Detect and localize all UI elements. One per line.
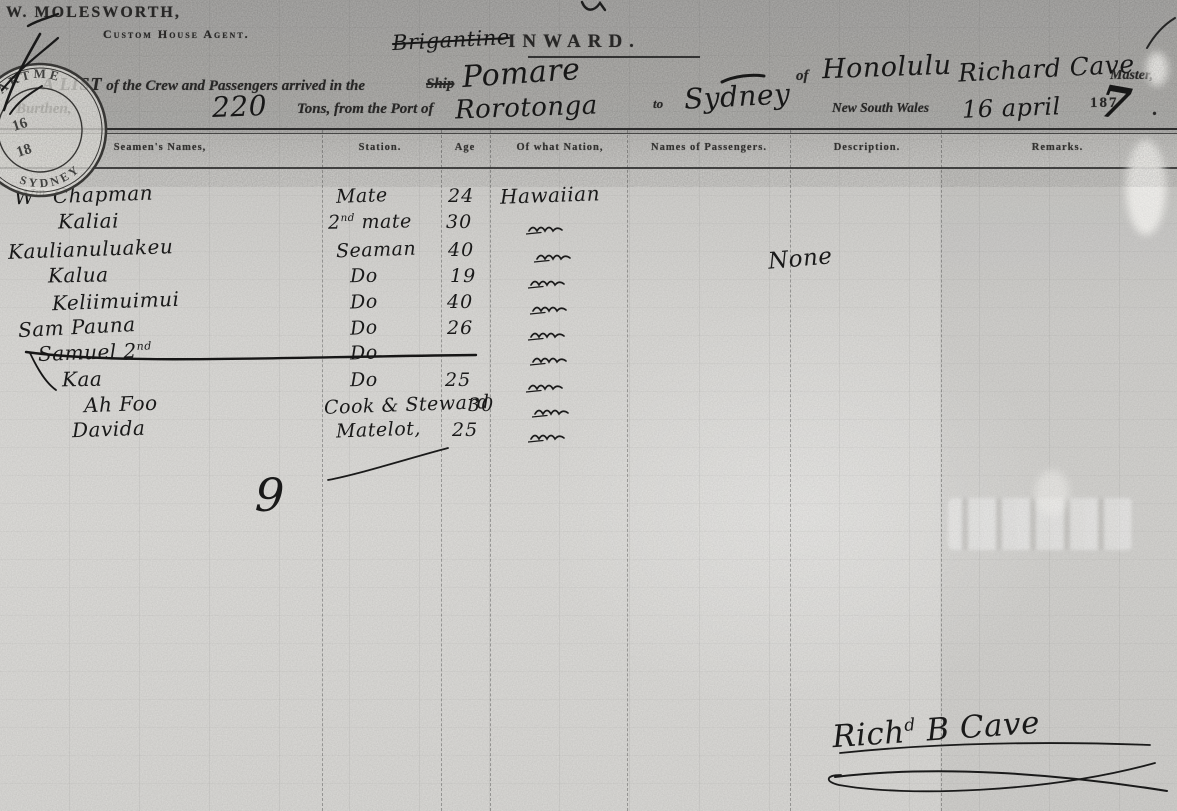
ditto-mark [530, 348, 582, 372]
colony-label: New South Wales [832, 100, 929, 116]
ditto-mark [526, 217, 578, 241]
ditto-mark [526, 375, 578, 399]
destination-port: Sydney [683, 77, 791, 116]
period-mark: . [1152, 98, 1157, 121]
column-divider-line [627, 130, 628, 811]
white-smudge-watermark-area [1035, 470, 1069, 516]
ditto-mark [528, 425, 580, 449]
col-header-description: Description. [795, 142, 939, 153]
to-word: to [653, 96, 663, 112]
arrival-date: 16 april [962, 92, 1062, 123]
paper-light-area [540, 300, 1060, 720]
crew-station: Matelot, [336, 418, 422, 443]
ditto-mark [532, 400, 584, 424]
column-divider-line [941, 130, 942, 811]
inward-heading: INWARD. [508, 31, 641, 53]
signature-flourish [815, 735, 1175, 805]
col-header-remarks: Remarks. [985, 142, 1130, 153]
year-handwritten-digit: 7 [1096, 76, 1136, 132]
col-header-passengers: Names of Passengers. [630, 142, 788, 153]
ditto-mark [528, 271, 580, 295]
embossed-watermark [948, 498, 1133, 550]
col-header-nation: Of what Nation, [495, 142, 625, 153]
ditto-mark [528, 323, 580, 347]
column-divider-line [790, 130, 791, 811]
ditto-mark [534, 245, 586, 269]
topright-ink-flourish [1145, 12, 1177, 52]
crew-count-note: 9 [254, 467, 286, 522]
ditto-mark [530, 297, 582, 321]
matelot-flourish [320, 440, 460, 485]
top-edge-ink-mark [578, 0, 608, 16]
crew-age: 25 [452, 419, 478, 441]
passengers-entry: None [767, 243, 833, 275]
white-smudge-right-edge [1126, 140, 1166, 235]
crew-name: Davida [72, 416, 146, 443]
crew-nation: Hawaiian [500, 181, 601, 208]
topleft-ink-scribble [0, 10, 90, 120]
scanned-document-page: W. MOLESWORTH, Custom House Agent. Briga… [0, 0, 1177, 811]
of-word: of [796, 68, 809, 85]
registry-port: Honolulu [821, 50, 952, 86]
